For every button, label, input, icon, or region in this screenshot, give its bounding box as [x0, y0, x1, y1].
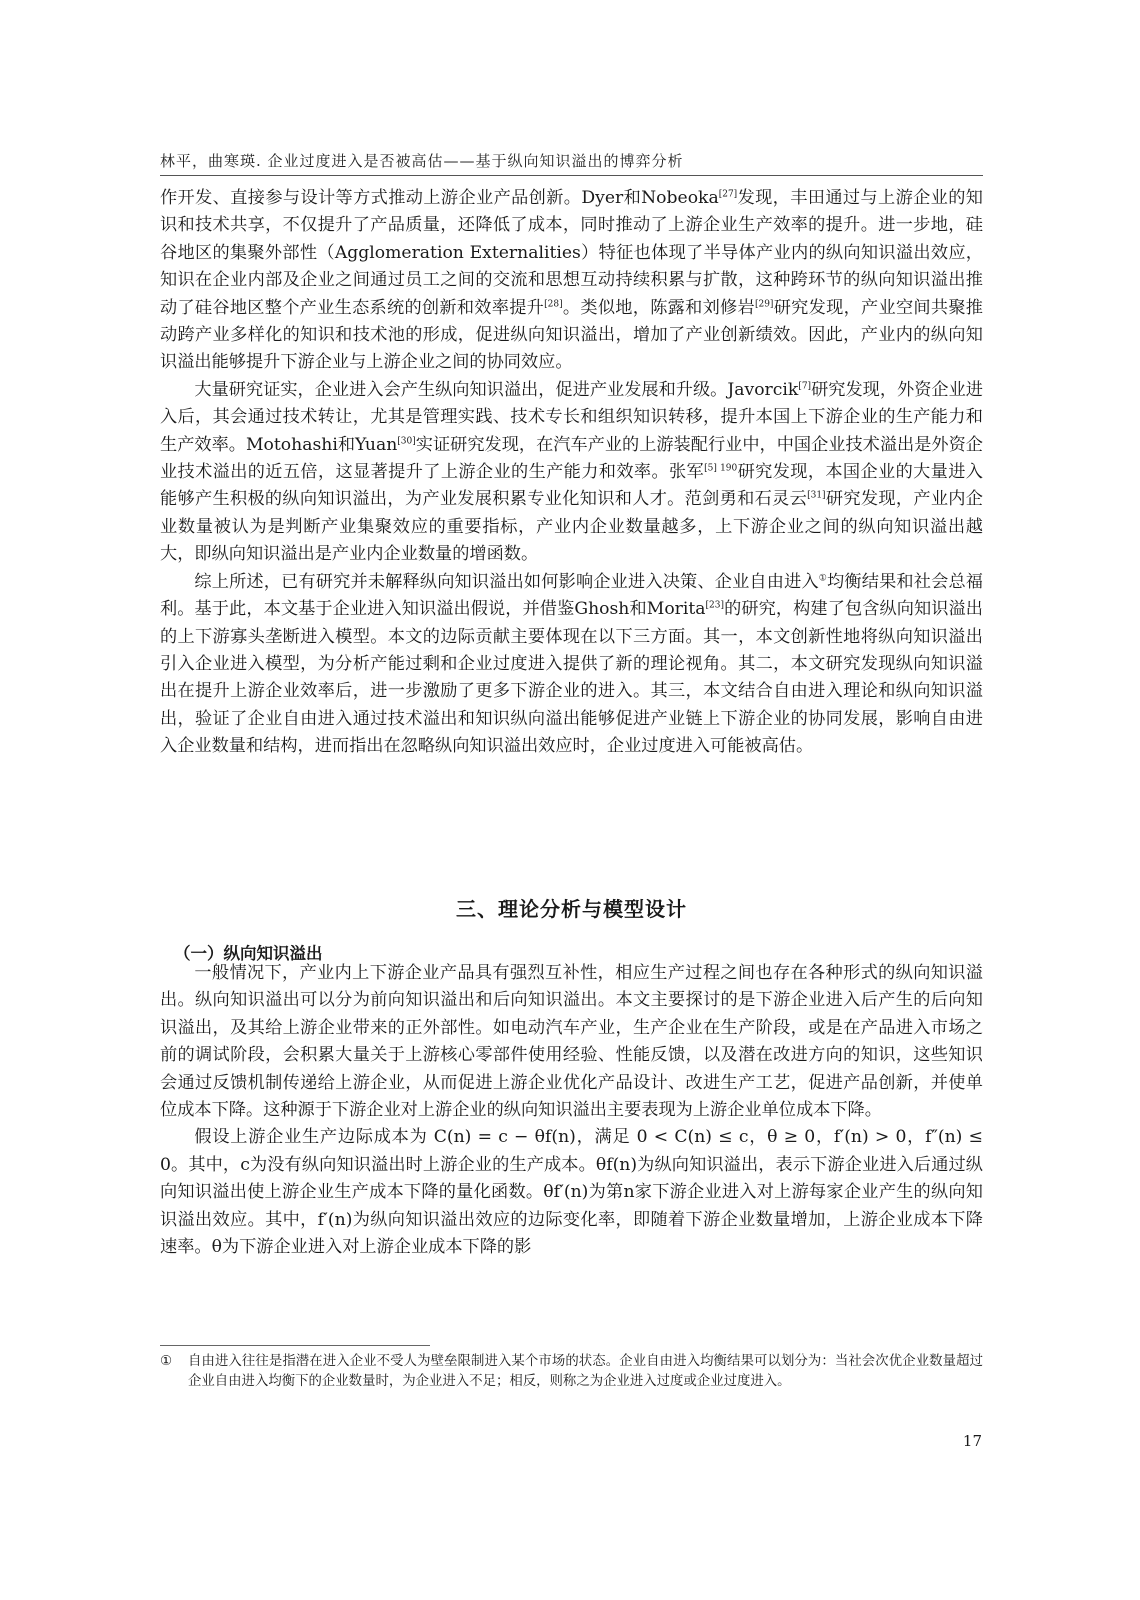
citation-ref: [30] [397, 436, 415, 446]
section-heading: 三、理论分析与模型设计 [160, 893, 983, 922]
text-span: 。类似地，陈露和刘修岩 [563, 298, 755, 318]
page-number: 17 [940, 1432, 982, 1450]
text-span: 作开发、直接参与设计等方式推动上游企业产品创新。Dyer和Nobeoka [160, 188, 719, 208]
footnote-marker: ① [160, 1352, 172, 1372]
footnote-ref: ① [819, 573, 827, 583]
footnote: ① 自由进入往往是指潜在进入企业不受人为壁垒限制进入某个市场的状态。企业自由进入… [160, 1352, 983, 1392]
citation-ref: [31] [807, 491, 825, 501]
header-divider [160, 175, 983, 176]
paragraph: 一般情况下，产业内上下游企业产品具有强烈互补性，相应生产过程之间也存在各种形式的… [160, 960, 983, 1124]
text-span: 的研究，构建了包含纵向知识溢出的上下游寡头垄断进入模型。本文的边际贡献主要体现在… [160, 599, 983, 756]
paragraph: 综上所述，已有研究并未解释纵向知识溢出如何影响企业进入决策、企业自由进入①均衡结… [160, 569, 983, 761]
paragraph-continuation: 作开发、直接参与设计等方式推动上游企业产品创新。Dyer和Nobeoka[27]… [160, 185, 983, 377]
citation-ref: [28] [544, 299, 562, 309]
citation-ref: [29] [755, 299, 773, 309]
document-page: 林平，曲寒瑛. 企业过度进入是否被高估——基于纵向知识溢出的博弈分析 作开发、直… [0, 0, 1140, 1600]
citation-ref: [27] [719, 189, 737, 199]
text-span: 综上所述，已有研究并未解释纵向知识溢出如何影响企业进入决策、企业自由进入 [194, 572, 818, 592]
paragraph-model-assumption: 假设上游企业生产边际成本为 C(n) = c − θf(n)，满足 0 < C(… [160, 1124, 983, 1261]
footnote-divider [160, 1345, 430, 1346]
citation-ref: [5] 190 [704, 463, 737, 473]
body-text-top: 作开发、直接参与设计等方式推动上游企业产品创新。Dyer和Nobeoka[27]… [160, 185, 983, 761]
footnote-text: 自由进入往往是指潜在进入企业不受人为壁垒限制进入某个市场的状态。企业自由进入均衡… [188, 1354, 983, 1389]
citation-ref: [23] [706, 600, 724, 610]
paragraph: 大量研究证实，企业进入会产生纵向知识溢出，促进产业发展和升级。Javorcik[… [160, 377, 983, 569]
text-span: 大量研究证实，企业进入会产生纵向知识溢出，促进产业发展和升级。Javorcik [194, 380, 798, 400]
body-text-bottom: 一般情况下，产业内上下游企业产品具有强烈互补性，相应生产过程之间也存在各种形式的… [160, 960, 983, 1261]
citation-ref: [7] [798, 381, 811, 391]
running-header: 林平，曲寒瑛. 企业过度进入是否被高估——基于纵向知识溢出的博弈分析 [160, 150, 980, 171]
